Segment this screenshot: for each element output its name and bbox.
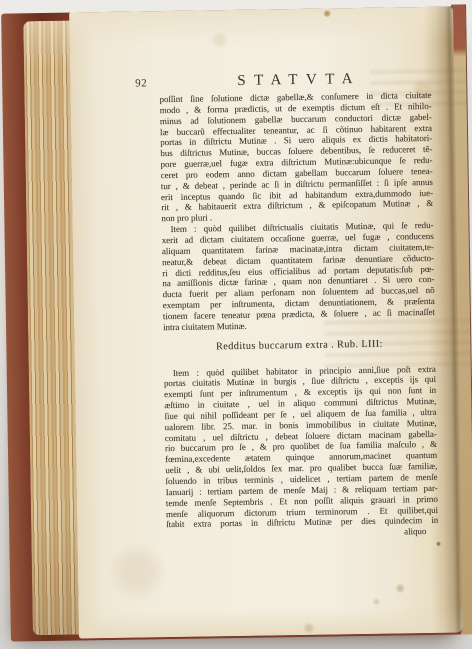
text-block: poſſint ſine ſolutione dictæ gabellæ,& c… <box>159 90 438 541</box>
rubric-heading: Redditus buccarum extra . Rub. LIII: <box>163 337 435 352</box>
paragraph-item-habitator: Item : quòd quilibet habitator in princi… <box>164 363 439 530</box>
paragraph-gabella-continuation: poſſint ſine ſolutione dictæ gabellæ,& c… <box>159 90 433 224</box>
folio-number: 92 <box>135 77 147 89</box>
book-page: 92 STATVTA poſſint ſine ſolutione dictæ … <box>69 7 463 639</box>
paragraph-item-districtualis: Item : quòd quilibet diſtrictualis ciuit… <box>161 220 435 333</box>
running-title: STATVTA <box>229 71 361 89</box>
book: 92 STATVTA poſſint ſine ſolutione dictæ … <box>0 2 472 643</box>
page-header: 92 STATVTA <box>159 69 431 91</box>
photo-backdrop: 92 STATVTA poſſint ſine ſolutione dictæ … <box>0 0 472 649</box>
